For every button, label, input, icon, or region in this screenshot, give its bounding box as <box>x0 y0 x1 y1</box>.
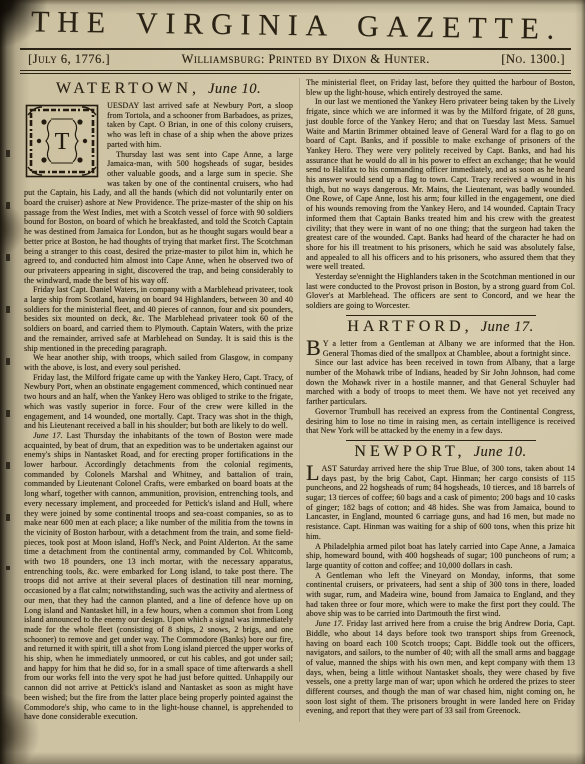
paragraph: June 17. Friday last arrived here from a… <box>306 619 575 716</box>
article-columns: WATERTOWN, June 10. <box>0 74 585 722</box>
heading-city: NEWPORT, <box>354 443 465 460</box>
hartford-heading: HARTFORD, June 17. <box>306 317 575 337</box>
dropcap-letter: L <box>306 464 322 482</box>
section-rule <box>346 315 536 316</box>
issue-date: [July 6, 1776.] <box>28 52 110 67</box>
dropcap-letter: T <box>55 129 70 155</box>
paragraph: The ministerial fleet, on Friday last, b… <box>306 78 575 97</box>
heading-date: June 17. <box>481 319 534 335</box>
paragraph: Yesterday se'ennight the Highlanders tak… <box>306 272 575 311</box>
column-divider <box>299 78 300 722</box>
opening-block: T UESDAY last arrived safe at Newbury Po… <box>24 101 293 285</box>
dropcap-letter: B <box>306 339 323 357</box>
paragraph: Friday last Capt. Daniel Waters, in comp… <box>24 285 293 353</box>
paragraph: BY a letter from a Gentleman at Albany w… <box>306 339 575 358</box>
ornamental-dropcap-frame-icon: T <box>24 103 100 179</box>
paragraph: We hear another ship, with troops, which… <box>24 353 293 372</box>
watertown-heading: WATERTOWN, June 10. <box>24 79 293 99</box>
paragraph: June 17. Last Thursday the inhabitants o… <box>24 431 293 722</box>
paragraph: Friday last, the Milford frigate came up… <box>24 373 293 431</box>
paragraph: In our last we mentioned the Yankey Hero… <box>306 97 575 272</box>
paragraph: A Gentleman who left the Vineyard on Mon… <box>306 571 575 620</box>
dateline-lead: June 17. <box>33 431 63 440</box>
dateline: [July 6, 1776.] Williamsburg: Printed by… <box>20 48 571 74</box>
paragraph: Since our last advice has been received … <box>306 358 575 407</box>
paragraph: LAST Saturday arrived here the ship True… <box>306 464 575 542</box>
masthead-title: THE VIRGINIA GAZETTE. <box>18 3 575 49</box>
dateline-lead: June 17. <box>315 619 344 628</box>
newspaper-page: THE VIRGINIA GAZETTE. [July 6, 1776.] Wi… <box>0 0 585 764</box>
heading-city: WATERTOWN, <box>56 80 200 97</box>
heading-date: June 10. <box>208 81 261 97</box>
imprint: Williamsburg: Printed by Dixon & Hunter. <box>182 52 430 67</box>
section-rule <box>346 440 536 441</box>
binding-shadow <box>6 150 10 570</box>
masthead: THE VIRGINIA GAZETTE. [July 6, 1776.] Wi… <box>0 0 585 74</box>
issue-number: [No. 1300.] <box>501 52 565 67</box>
left-column: WATERTOWN, June 10. <box>24 78 293 722</box>
newport-heading: NEWPORT, June 10. <box>306 442 575 462</box>
heading-city: HARTFORD, <box>347 318 472 335</box>
heading-date: June 10. <box>474 444 527 460</box>
paragraph: A Philadelphia armed pilot boat has late… <box>306 542 575 571</box>
paragraph: Governor Trumbull has received an expres… <box>306 407 575 436</box>
right-column: The ministerial fleet, on Friday last, b… <box>306 78 575 722</box>
